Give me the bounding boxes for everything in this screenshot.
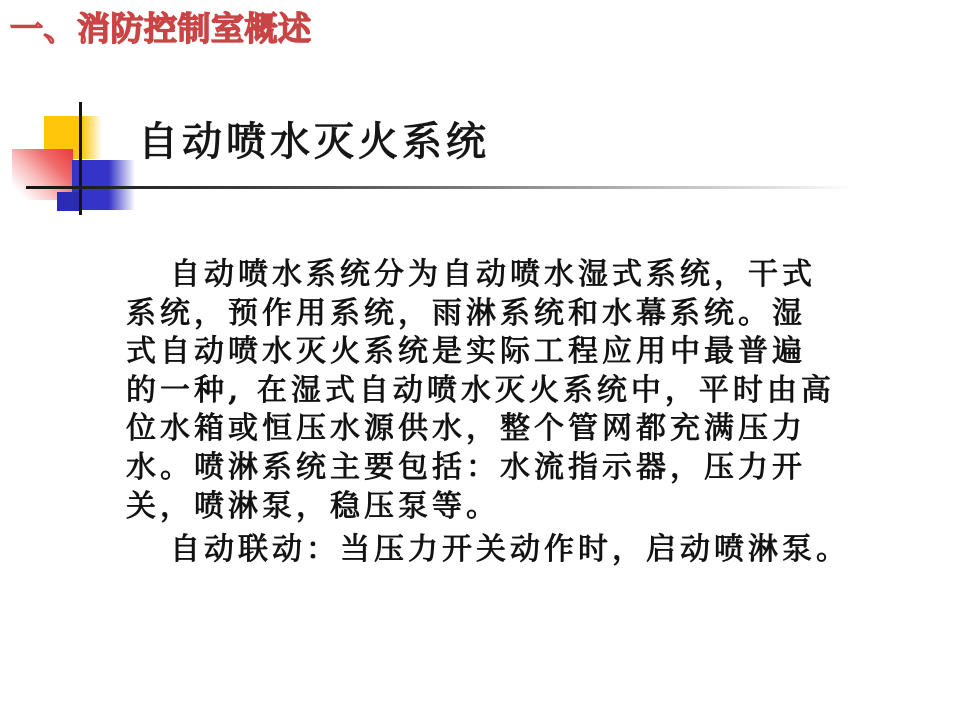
- section-header: 一、消防控制室概述: [10, 3, 312, 50]
- body-line: 水。喷淋系统主要包括：水流指示器，压力开: [126, 449, 846, 488]
- body-text-block: 自动喷水系统分为自动喷水湿式系统，干式 系统，预作用系统，雨淋系统和水幕系统。湿…: [126, 256, 846, 570]
- small-blue-square-decoration: [57, 192, 81, 211]
- paragraph: 自动喷水系统分为自动喷水湿式系统，干式 系统，预作用系统，雨淋系统和水幕系统。湿…: [126, 256, 846, 526]
- body-line: 关，喷淋泵，稳压泵等。: [126, 488, 846, 527]
- body-line: 自动喷水系统分为自动喷水湿式系统，干式: [126, 256, 846, 295]
- slide-canvas: 一、消防控制室概述 自动喷水灭火系统 自动喷水系统分为自动喷水湿式系统，干式 系…: [0, 0, 960, 720]
- horizontal-rule-line: [26, 186, 871, 189]
- body-line: 系统，预作用系统，雨淋系统和水幕系统。湿: [126, 295, 846, 334]
- paragraph: 自动联动：当压力开关动作时，启动喷淋泵。: [126, 531, 846, 570]
- slide-title: 自动喷水灭火系统: [138, 110, 490, 167]
- body-line: 自动联动：当压力开关动作时，启动喷淋泵。: [126, 531, 846, 570]
- vertical-rule-line: [79, 102, 82, 215]
- body-line: 的一种, 在湿式自动喷水灭火系统中，平时由高: [126, 372, 846, 411]
- body-line: 位水箱或恒压水源供水，整个管网都充满压力: [126, 410, 846, 449]
- body-line: 式自动喷水灭火系统是实际工程应用中最普遍: [126, 333, 846, 372]
